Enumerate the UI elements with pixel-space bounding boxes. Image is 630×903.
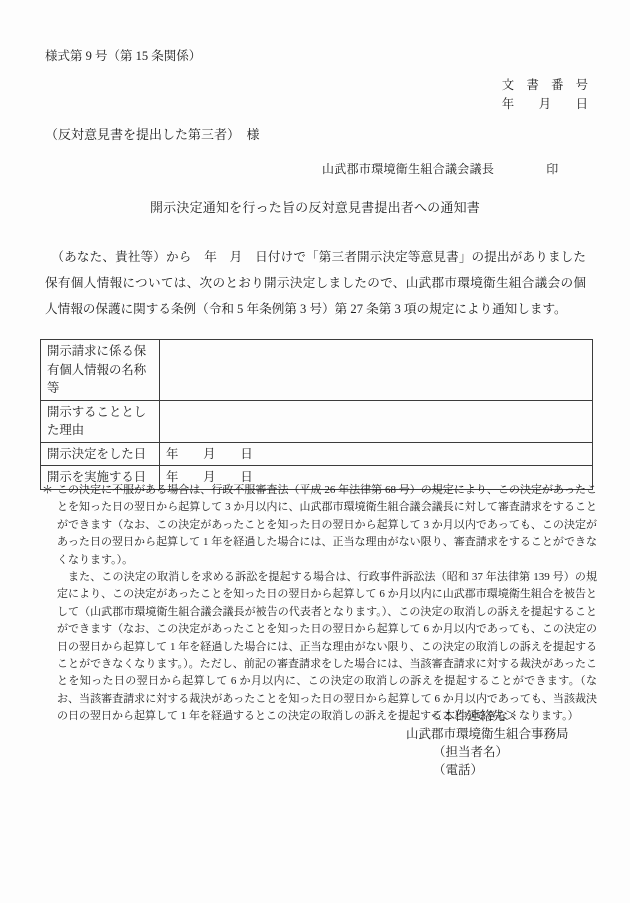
contact-person-name: （担当者名） xyxy=(433,742,508,760)
table-row: 開示請求に係る保有個人情報の名称等 xyxy=(41,340,593,401)
row-label-held-info-name: 開示請求に係る保有個人情報の名称等 xyxy=(41,340,160,401)
table-row: 開示することとした理由 xyxy=(41,400,593,442)
body-paragraph: （あなた、貴社等）から 年 月 日付けで「第三者開示決定等意見書」の提出がありま… xyxy=(45,244,586,322)
asterisk-marker: ＊ xyxy=(42,482,53,499)
sender-title: 山武郡市環境衛生組合議会議長 xyxy=(322,162,494,176)
note-paragraph-appeal: この決定に不服がある場合は、行政不服審査法（平成 26 年法律第 68 号）の規… xyxy=(57,482,597,569)
recipient-line: （反対意見書を提出した第三者） 様 xyxy=(45,124,260,143)
row-label-decision-date: 開示決定をした日 xyxy=(41,442,160,466)
form-number: 様式第 9 号（第 15 条関係） xyxy=(45,46,201,64)
table-row: 開示決定をした日 年 月 日 xyxy=(41,442,593,466)
document-number-label: 文 書 番 号 xyxy=(502,76,588,95)
row-label-disclosure-reason: 開示することとした理由 xyxy=(41,400,160,442)
sender-line: 山武郡市環境衛生組合議会議長印 xyxy=(322,160,559,177)
legal-note: ＊ この決定に不服がある場合は、行政不服審査法（平成 26 年法律第 68 号）… xyxy=(40,482,597,726)
row-value-disclosure-reason xyxy=(160,400,593,442)
disclosure-info-table: 開示請求に係る保有個人情報の名称等 開示することとした理由 開示決定をした日 年… xyxy=(40,339,593,490)
notice-document-page: 様式第 9 号（第 15 条関係） 文 書 番 号 年 月 日 （反対意見書を提… xyxy=(0,0,630,903)
contact-phone: （電話） xyxy=(433,760,483,778)
row-value-decision-date: 年 月 日 xyxy=(160,442,593,466)
seal-mark: 印 xyxy=(546,162,558,176)
note-paragraph-lawsuit: また、この決定の取消しを求める訴訟を提起する場合は、行政事件訴訟法（昭和 37 … xyxy=(57,569,597,726)
contact-header: ＜本件連絡先＞ xyxy=(430,706,518,724)
row-value-held-info-name xyxy=(160,340,593,401)
document-title: 開示決定通知を行った旨の反対意見書提出者への通知書 xyxy=(0,197,630,216)
contact-office: 山武郡市環境衛生組合事務局 xyxy=(406,724,569,742)
document-date-label: 年 月 日 xyxy=(502,95,588,114)
document-number-block: 文 書 番 号 年 月 日 xyxy=(502,76,588,114)
